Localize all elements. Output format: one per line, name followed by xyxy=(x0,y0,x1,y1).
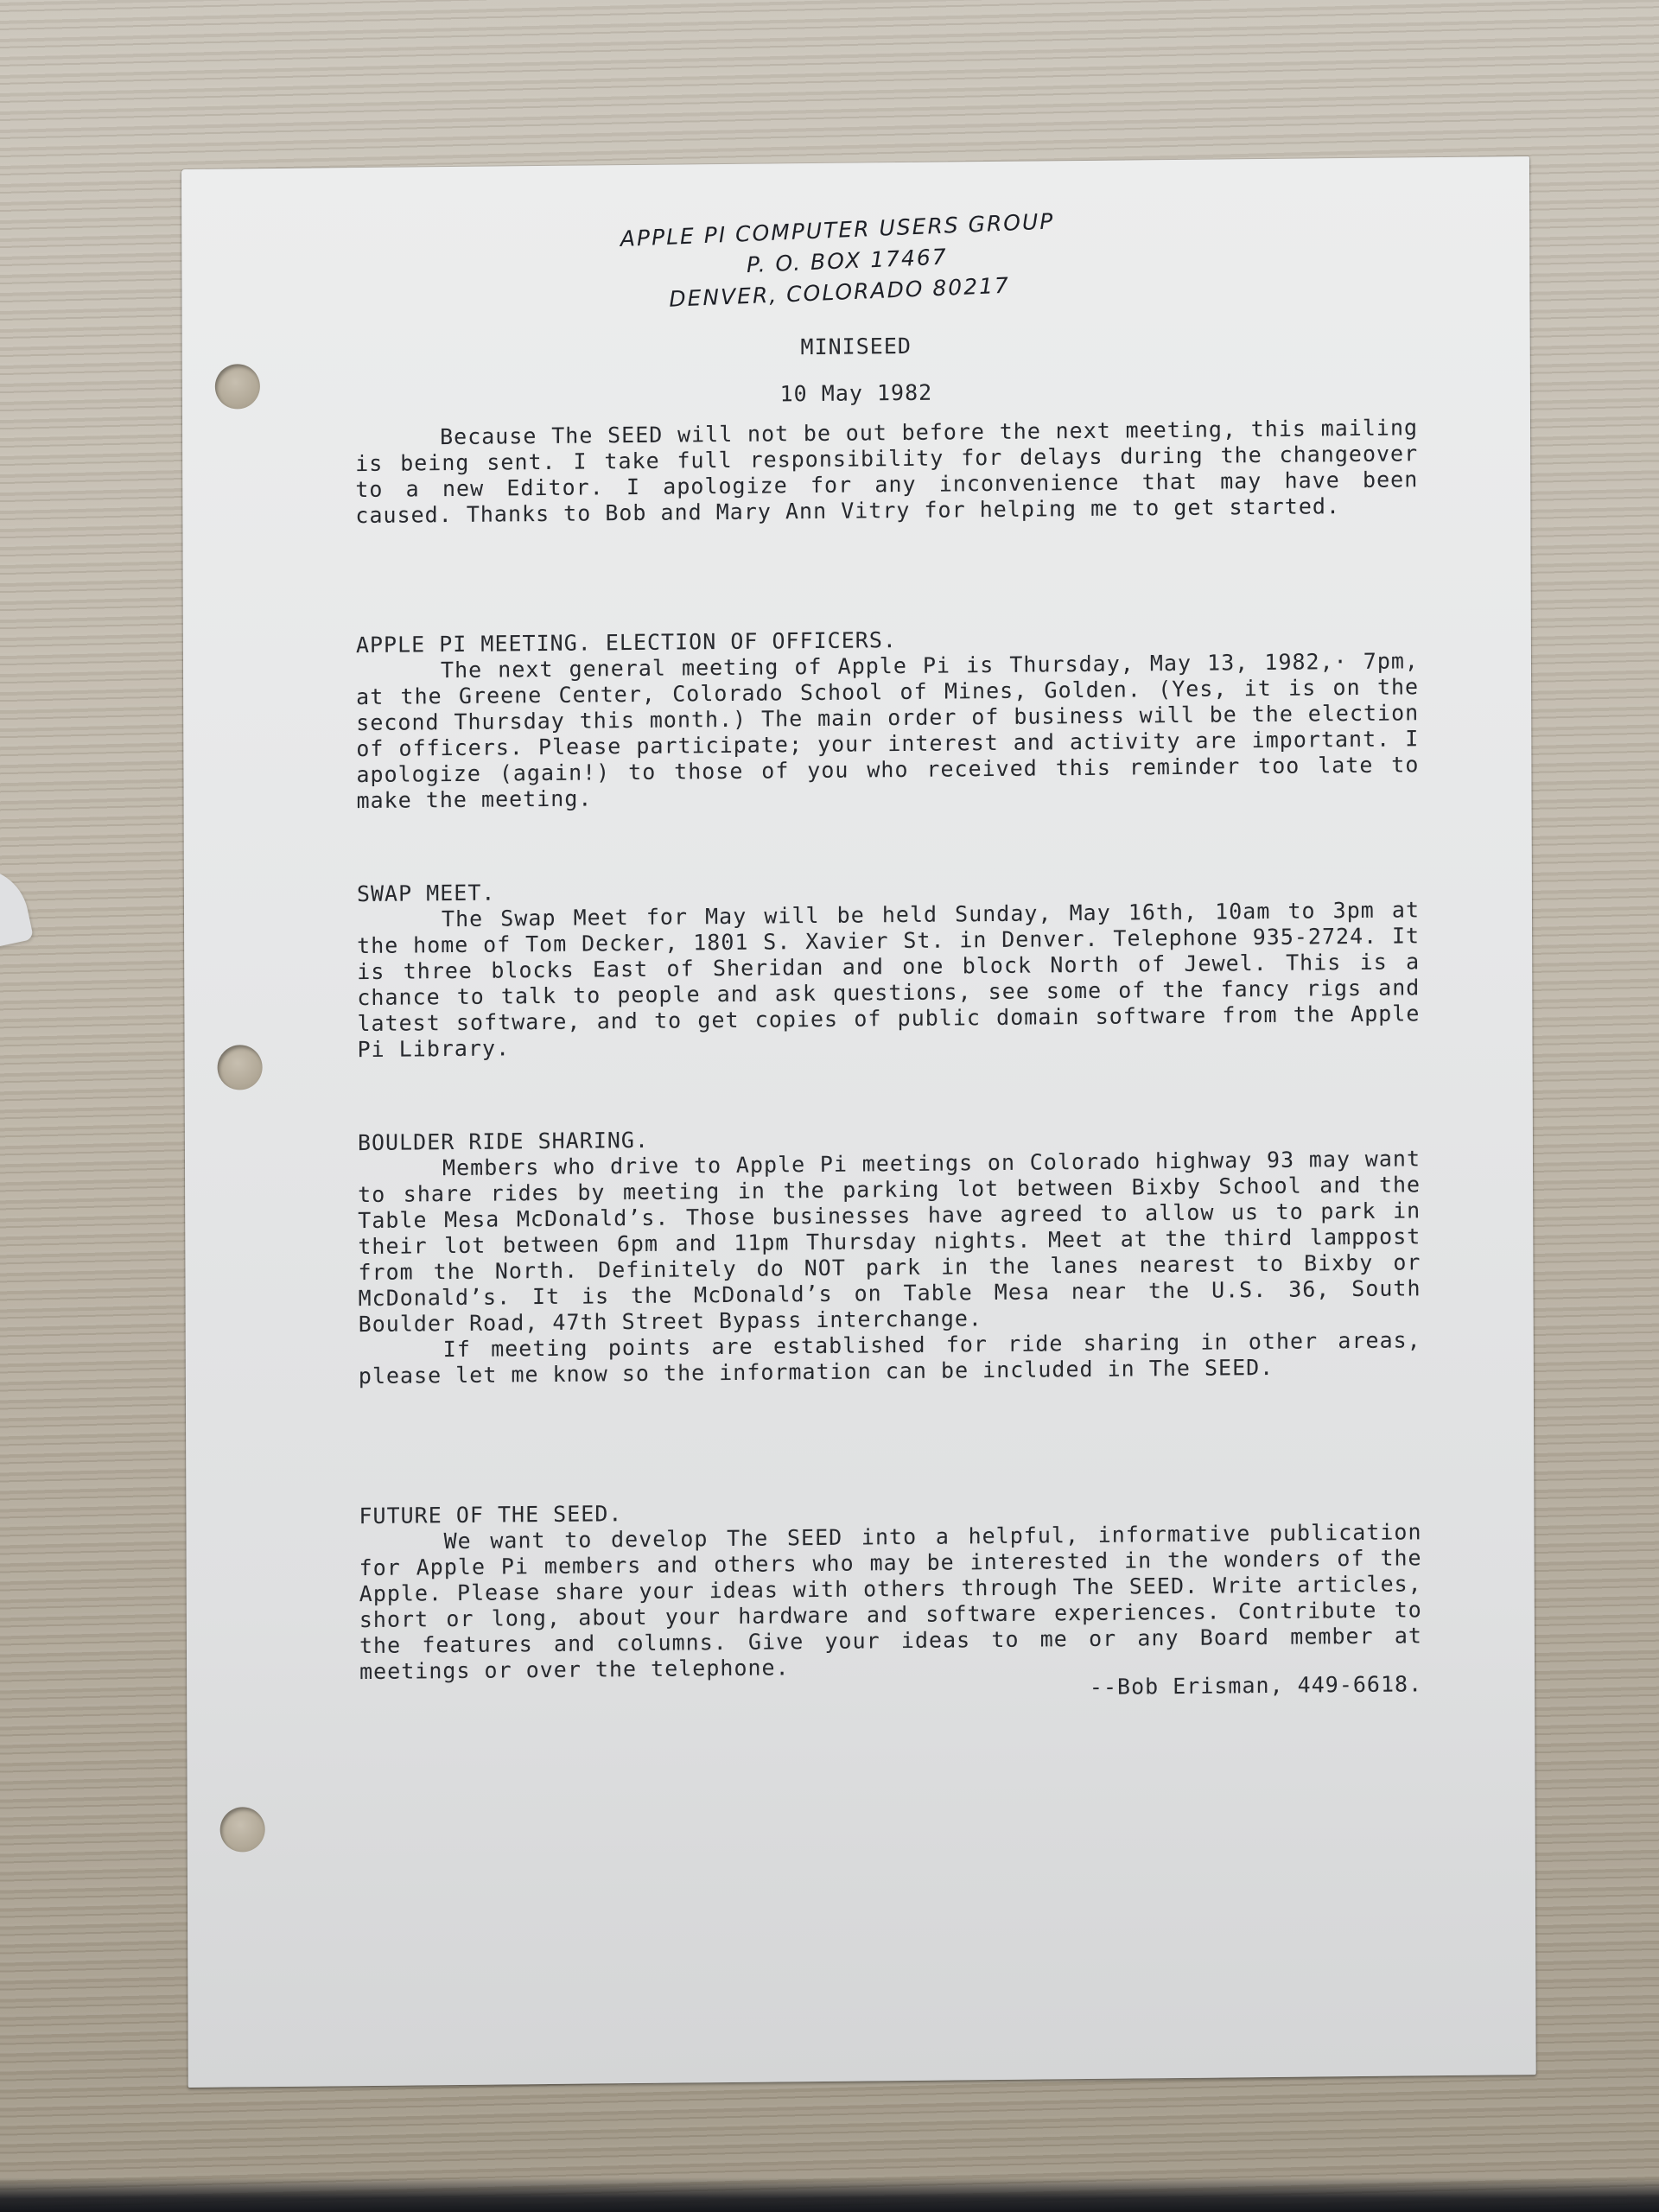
section-paragraph: The Swap Meet for May will be held Sunda… xyxy=(357,897,1421,1063)
punch-hole-bottom xyxy=(220,1807,265,1852)
newsletter-page: APPLE PI COMPUTER USERS GROUP P. O. BOX … xyxy=(181,156,1536,2088)
section-meeting: APPLE PI MEETING. ELECTION OF OFFICERS. … xyxy=(356,622,1420,814)
intro-section: Because The SEED will not be out before … xyxy=(355,415,1418,529)
handwritten-letterhead: APPLE PI COMPUTER USERS GROUP P. O. BOX … xyxy=(595,205,1082,318)
document-title: MINISEED xyxy=(182,327,1530,365)
desk-edge-shadow xyxy=(0,2177,1659,2212)
punch-hole-middle xyxy=(218,1045,263,1090)
paper-scrap xyxy=(0,859,34,951)
intro-paragraph: Because The SEED will not be out before … xyxy=(355,415,1418,529)
section-future-of-the-seed: FUTURE OF THE SEED. We want to develop T… xyxy=(359,1493,1422,1707)
section-paragraph: Members who drive to Apple Pi meetings o… xyxy=(358,1146,1421,1338)
document-date: 10 May 1982 xyxy=(182,374,1530,412)
section-paragraph: We want to develop The SEED into a helpf… xyxy=(359,1519,1422,1685)
section-paragraph: The next general meeting of Apple Pi is … xyxy=(356,648,1420,814)
section-paragraph: If meeting points are established for ri… xyxy=(359,1327,1421,1389)
section-swap-meet: SWAP MEET. The Swap Meet for May will be… xyxy=(357,871,1421,1063)
section-boulder-ride-sharing: BOULDER RIDE SHARING. Members who drive … xyxy=(358,1120,1421,1389)
